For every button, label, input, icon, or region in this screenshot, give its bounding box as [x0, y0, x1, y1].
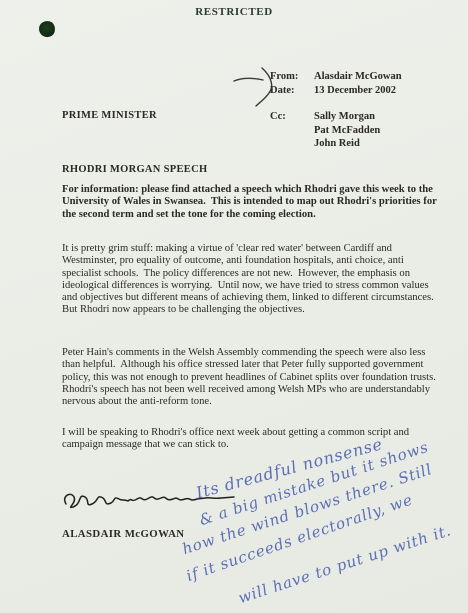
memo-page: RESTRICTED From: Alasdair McGowan Date: …: [0, 0, 468, 613]
handwritten-note-line-5: will have to put up with it.: [236, 521, 453, 607]
from-date-block: From: Alasdair McGowan Date: 13 December…: [270, 70, 402, 98]
cc-label: Cc:: [270, 110, 314, 151]
from-row: From: Alasdair McGowan: [270, 70, 402, 84]
from-label: From:: [270, 70, 314, 84]
cc-values: Sally Morgan Pat McFadden John Reid: [314, 110, 380, 151]
date-label: Date:: [270, 84, 314, 98]
paragraph-1: For information: please find attached a …: [62, 184, 438, 221]
date-row: Date: 13 December 2002: [270, 84, 402, 98]
classification-banner: RESTRICTED: [0, 6, 468, 18]
paragraph-2: It is pretty grim stuff: making a virtue…: [62, 243, 438, 317]
from-value: Alasdair McGowan: [314, 70, 402, 84]
subject-heading: RHODRI MORGAN SPEECH: [62, 164, 207, 175]
date-value: 13 December 2002: [314, 84, 396, 98]
cc-block: Cc: Sally Morgan Pat McFadden John Reid: [270, 110, 380, 151]
ink-blot-icon: [38, 20, 57, 39]
paragraph-3: Peter Hain's comments in the Welsh Assem…: [62, 347, 438, 408]
cc-value: John Reid: [314, 137, 380, 151]
cc-value: Sally Morgan: [314, 110, 380, 124]
recipient-heading: PRIME MINISTER: [62, 110, 157, 121]
cc-value: Pat McFadden: [314, 124, 380, 138]
typed-signature-name: ALASDAIR McGOWAN: [62, 528, 184, 540]
